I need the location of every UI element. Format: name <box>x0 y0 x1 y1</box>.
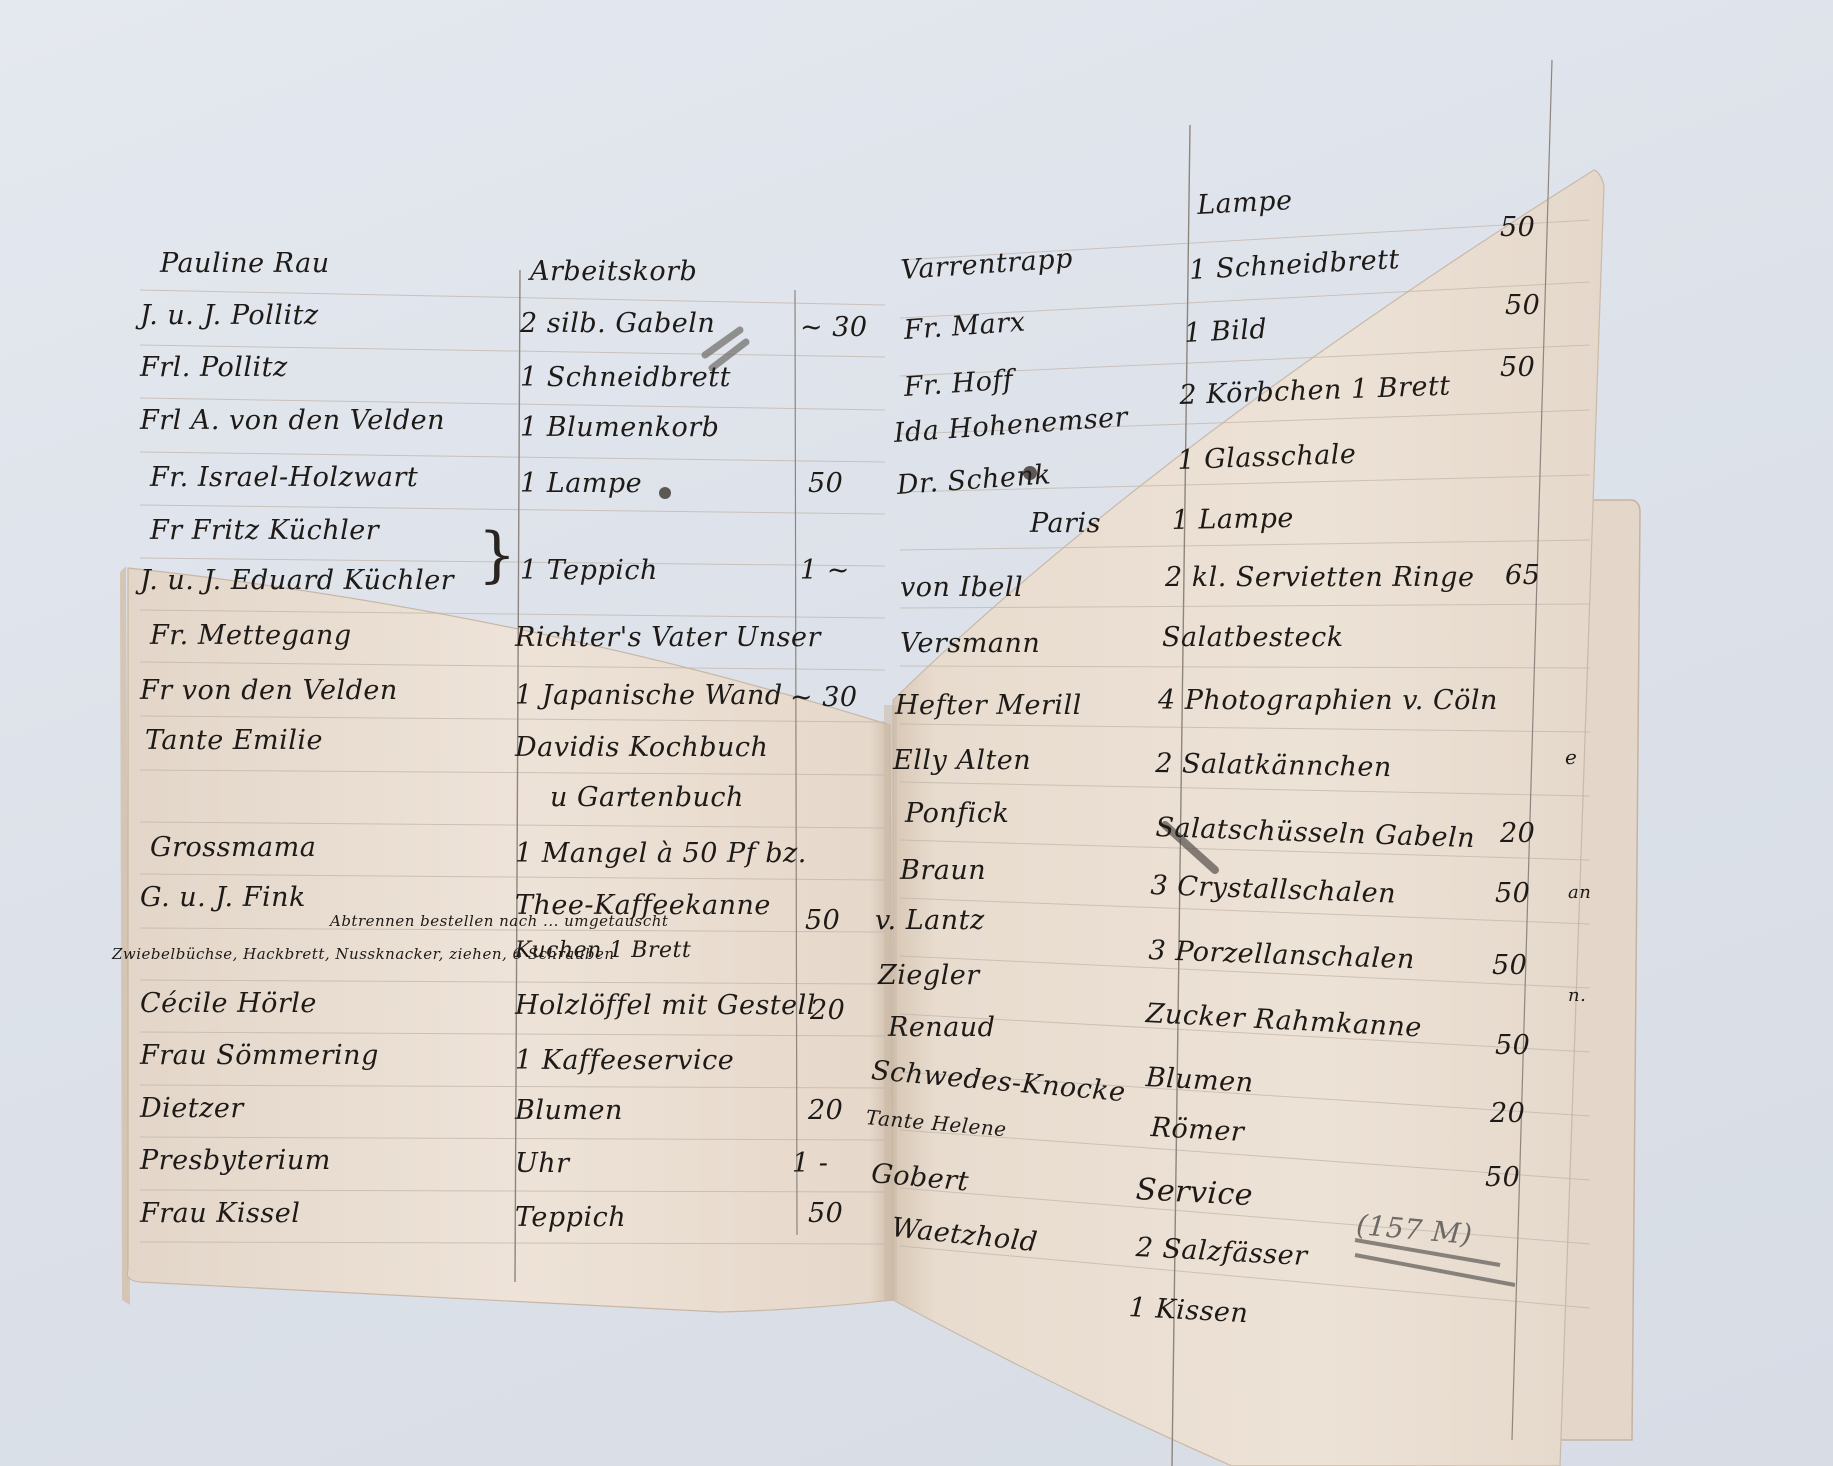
entry-amount: 50 <box>1485 1162 1520 1193</box>
entry-name: Schwedes-Knocke <box>870 1055 1127 1108</box>
entry-item: Blumen <box>1145 1062 1254 1099</box>
entry-name: v. Lantz <box>875 905 985 936</box>
entry-name: Fr. Marx <box>903 307 1027 346</box>
entry-name: Waetzhold <box>890 1212 1039 1258</box>
entry-amount: 65 <box>1505 560 1540 591</box>
entry-name: Gobert <box>870 1158 970 1197</box>
entry-amount: 50 <box>1500 212 1535 243</box>
entry-name: Paris <box>1030 508 1101 539</box>
right-page-content: Lampe 50 Varrentrapp 1 Schneidbrett 50 F… <box>0 0 1833 1466</box>
entry-item-continued: 1 Kissen <box>1128 1292 1249 1329</box>
entry-amount: 20 <box>1500 818 1535 849</box>
entry-item: 1 Bild <box>1183 314 1268 349</box>
margin-fragment: an <box>1568 882 1591 903</box>
total-note: (157 M) <box>1355 1208 1474 1251</box>
entry-name: Versmann <box>900 628 1040 659</box>
entry-item: Zucker Rahmkanne <box>1145 998 1423 1043</box>
entry-amount: 20 <box>1490 1098 1525 1129</box>
entry-name: Varrentrapp <box>900 243 1074 286</box>
entry-item: 1 Lampe <box>1171 503 1294 536</box>
entry-item: Salatbesteck <box>1162 622 1344 653</box>
entry-name: Elly Alten <box>893 745 1031 776</box>
entry-item: 2 kl. Servietten Ringe <box>1165 562 1474 593</box>
entry-item: Salatschüsseln Gabeln <box>1155 812 1476 854</box>
entry-name: Braun <box>900 855 986 886</box>
entry-item: 2 Salatkännchen <box>1155 748 1392 783</box>
entry-name: Ida Hohenemser <box>893 402 1129 449</box>
entry-name: Dr. Schenk <box>896 459 1052 501</box>
margin-fragment: n. <box>1568 985 1586 1006</box>
entry-name: Renaud <box>888 1012 995 1043</box>
entry-item: Service <box>1135 1172 1254 1213</box>
entry-item: 2 Körbchen 1 Brett <box>1179 371 1451 411</box>
entry-item: 1 Glasschale <box>1177 439 1357 476</box>
entry-name: Hefter Merill <box>895 690 1082 721</box>
entry-item: 3 Crystallschalen <box>1150 870 1397 910</box>
entry-item: 3 Porzellanschalen <box>1148 935 1415 975</box>
entry-item: Römer <box>1150 1112 1245 1148</box>
entry-amount: 50 <box>1495 1030 1530 1061</box>
entry-name: Ponfick <box>905 798 1009 829</box>
entry-name: Tante Helene <box>865 1105 1008 1141</box>
entry-amount: 50 <box>1500 352 1535 383</box>
entry-item: 2 Salzfässer <box>1135 1232 1308 1272</box>
entry-item: 1 Schneidbrett <box>1188 244 1400 286</box>
entry-amount: 50 <box>1492 950 1527 981</box>
entry-amount: 50 <box>1495 878 1530 909</box>
entry-name: Fr. Hoff <box>903 364 1015 403</box>
entry-name: von Ibell <box>900 572 1023 603</box>
entry-amount: 50 <box>1505 290 1540 321</box>
margin-fragment: e <box>1565 745 1577 769</box>
entry-name: Ziegler <box>878 960 980 991</box>
entry-item: Lampe <box>1196 185 1293 221</box>
entry-item: 4 Photographien v. Cöln <box>1158 685 1498 716</box>
